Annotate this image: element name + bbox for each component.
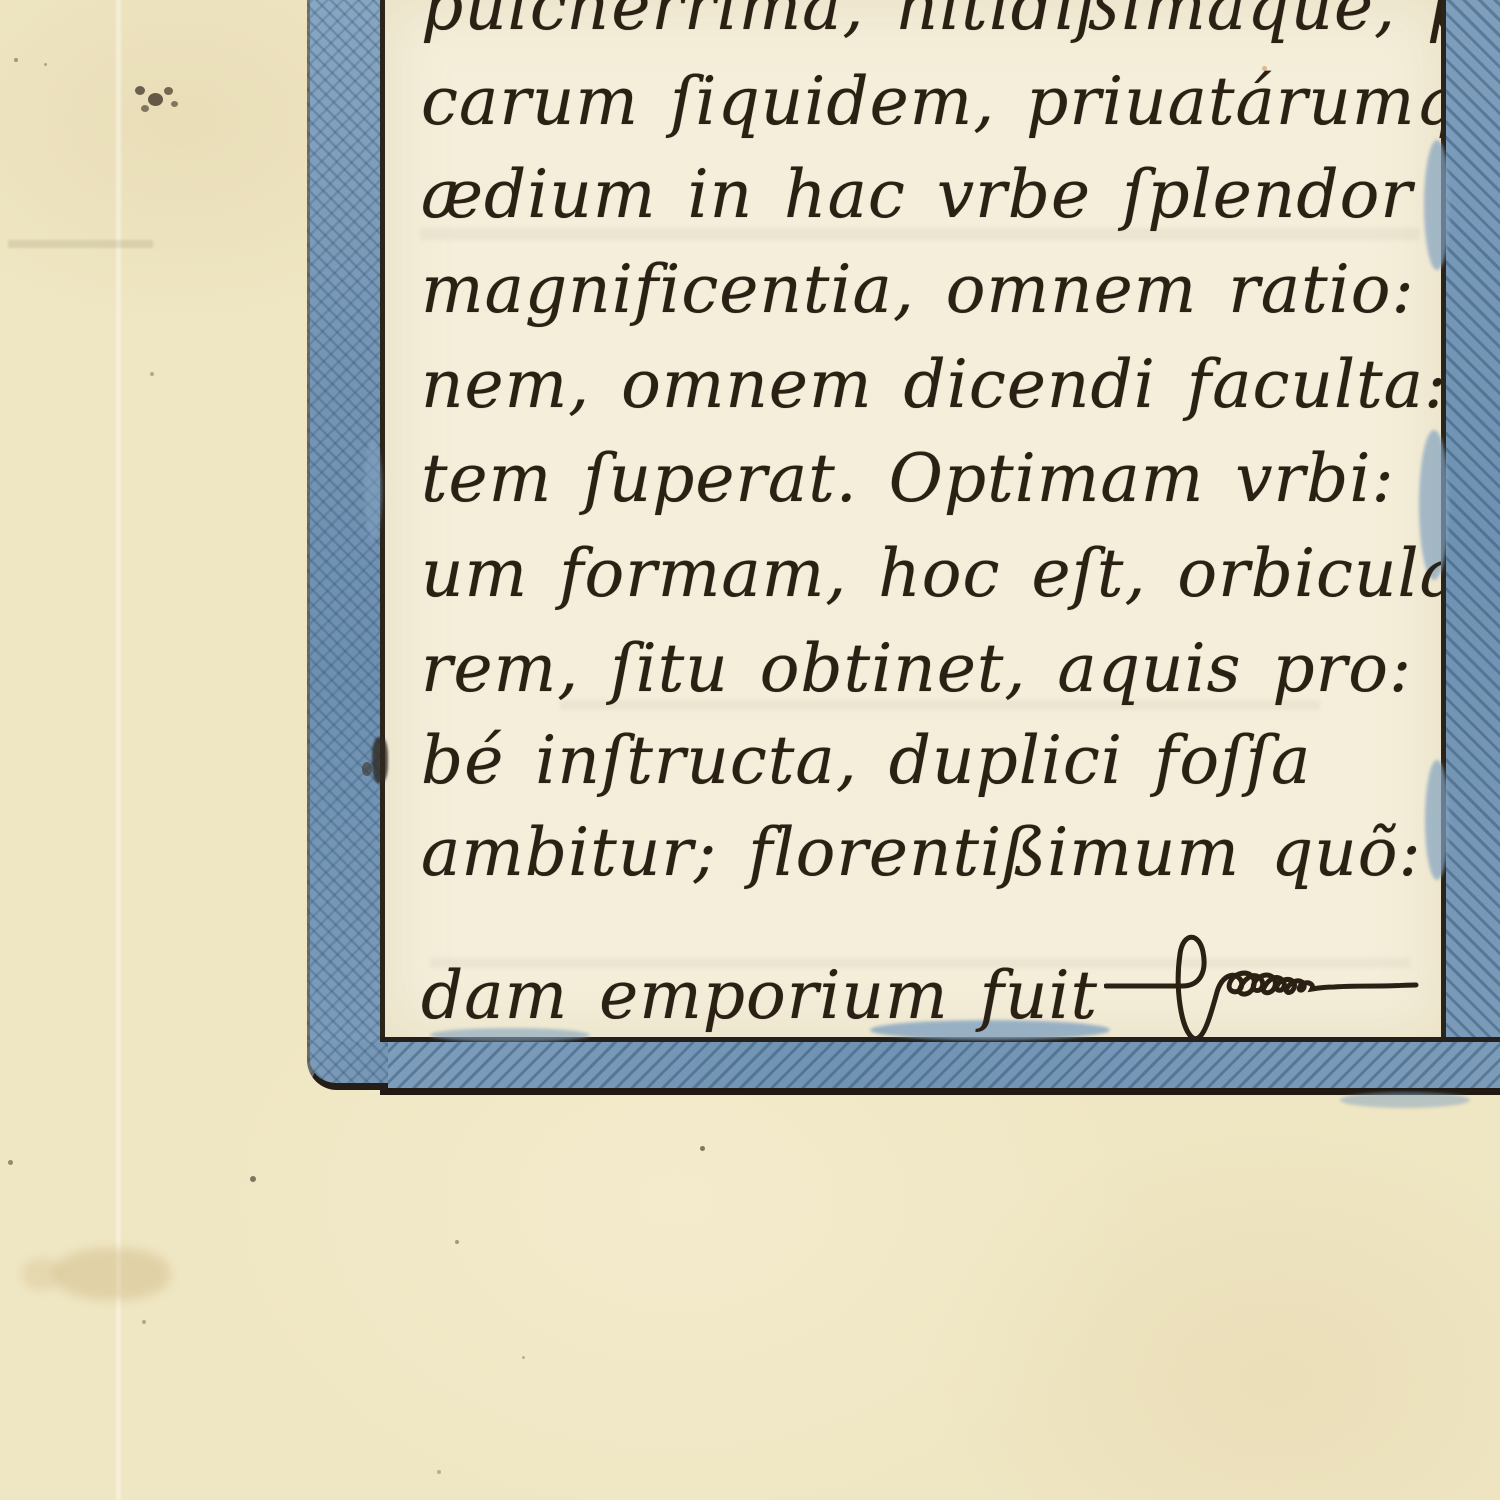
ink-blot xyxy=(164,87,173,95)
ink-blot xyxy=(372,737,388,783)
smudge-mark xyxy=(8,240,153,248)
paper-speck xyxy=(522,1356,525,1359)
paper-speck xyxy=(8,1160,13,1165)
paper-speck xyxy=(14,58,18,62)
latin-text-block: pulcherrima, nitidißimaque, publi. carum… xyxy=(385,0,1441,1037)
paper-speck xyxy=(44,63,47,66)
text-line-2: carum ſiquidem, priuatárumqué xyxy=(421,55,1441,148)
manuscript-page: pulcherrima, nitidißimaque, publi. carum… xyxy=(0,0,1500,1500)
text-line-1: pulcherrima, nitidißimaque, publi. xyxy=(421,0,1441,53)
paint-bleed xyxy=(364,440,382,540)
paper-stain xyxy=(22,1258,62,1290)
frame-border-bottom xyxy=(380,1037,1500,1095)
paper-speck xyxy=(250,1176,256,1182)
paint-bleed xyxy=(1340,1092,1470,1108)
paper-speck xyxy=(1262,66,1267,71)
paper-stain xyxy=(55,1248,170,1300)
text-line-3: ædium in hac vrbe ſplendor et xyxy=(421,148,1441,241)
paper-speck xyxy=(455,1240,459,1244)
text-line-6: tem ſuperat. Optimam vrbi: xyxy=(421,432,1395,525)
ink-blot xyxy=(141,105,149,112)
paper-speck xyxy=(142,1320,146,1324)
text-line-11: dam emporium fuit xyxy=(421,898,1434,1037)
ink-blot xyxy=(362,762,372,776)
paper-speck xyxy=(700,1146,705,1151)
text-line-5: nem, omnem dicendi faculta: xyxy=(421,338,1441,431)
frame-border-right xyxy=(1441,0,1500,1042)
text-line-8: rem, ſitu obtinet, aquis pro: xyxy=(421,622,1412,715)
text-line-7: um formam, hoc eſt, orbicula: xyxy=(421,527,1441,620)
frame-border-corner xyxy=(307,1042,388,1090)
pen-flourish-line-filler xyxy=(1104,928,1434,1037)
text-line-11-words: dam emporium fuit xyxy=(421,957,1098,1034)
ink-blot xyxy=(148,93,163,106)
paper-speck xyxy=(150,372,154,376)
text-line-9: bé inſtructa, duplici foſſa xyxy=(421,714,1311,807)
ink-blot xyxy=(135,86,145,95)
paper-speck xyxy=(437,1470,441,1474)
text-line-4: magnificentia, omnem ratio: xyxy=(421,243,1415,336)
text-line-10: ambitur; florentißimum quõ: xyxy=(421,806,1422,899)
ink-blot xyxy=(171,101,178,107)
